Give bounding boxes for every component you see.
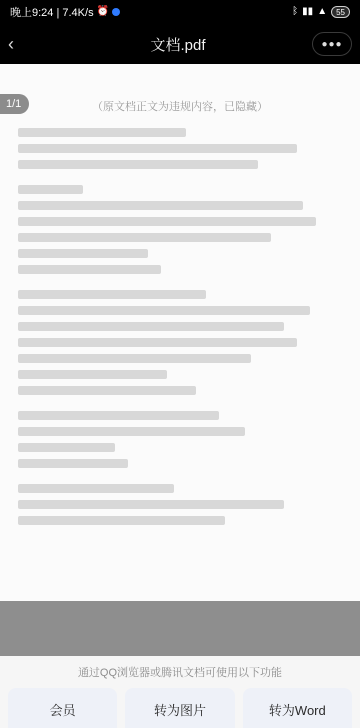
redacted-line xyxy=(18,233,271,242)
redacted-line xyxy=(18,516,225,525)
redacted-line xyxy=(18,459,128,468)
redacted-line xyxy=(18,354,251,363)
redacted-line xyxy=(18,500,284,509)
redacted-paragraph xyxy=(18,185,342,274)
redacted-line xyxy=(18,217,316,226)
redacted-line xyxy=(18,427,245,436)
redacted-paragraph xyxy=(18,484,342,525)
footer-button-会员[interactable]: 会员 xyxy=(8,688,117,728)
status-bar: 晚上9:24 | 7.4K/s ⏰ ᛒ ▮▮ ▲ 55 xyxy=(0,0,360,24)
footer-button-row: 会员转为图片转为Word xyxy=(8,688,352,728)
redacted-line xyxy=(18,144,297,153)
redacted-line xyxy=(18,306,310,315)
document-scroll-area[interactable]: 1/1 （原文档正文为违规内容，已隐藏） xyxy=(0,64,360,656)
redacted-line xyxy=(18,249,148,258)
back-button[interactable]: ‹ xyxy=(8,34,44,55)
redacted-line xyxy=(18,185,83,194)
redacted-paragraph xyxy=(18,290,342,395)
page-indicator-badge: 1/1 xyxy=(0,94,29,114)
footer-button-转为图片[interactable]: 转为图片 xyxy=(125,688,234,728)
redacted-line xyxy=(18,322,284,331)
notification-dot-icon xyxy=(112,8,120,16)
cell-signal-icon: ▮▮ xyxy=(302,7,313,17)
redacted-line xyxy=(18,411,219,420)
alarm-icon: ⏰ xyxy=(97,7,109,17)
redacted-content-notice: （原文档正文为违规内容，已隐藏） xyxy=(18,98,342,114)
footer-button-转为Word[interactable]: 转为Word xyxy=(243,688,352,728)
document-title: 文档.pdf xyxy=(44,34,312,55)
battery-icon: 55 xyxy=(331,6,350,18)
bluetooth-icon: ᛒ xyxy=(292,7,298,17)
redacted-content xyxy=(18,128,342,525)
redacted-paragraph xyxy=(18,411,342,468)
redacted-line xyxy=(18,201,303,210)
redacted-line xyxy=(18,290,206,299)
redacted-line xyxy=(18,370,167,379)
redacted-line xyxy=(18,160,258,169)
redacted-paragraph xyxy=(18,128,342,169)
footer-notice: 通过QQ浏览器或腾讯文档可使用以下功能 xyxy=(8,664,352,680)
pdf-viewer-header: ‹ 文档.pdf ●●● xyxy=(0,24,360,64)
redacted-line xyxy=(18,338,297,347)
phone-screen: 晚上9:24 | 7.4K/s ⏰ ᛒ ▮▮ ▲ 55 ‹ 文档.pdf ●●●… xyxy=(0,0,360,728)
redacted-line xyxy=(18,386,196,395)
pdf-page: 1/1 （原文档正文为违规内容，已隐藏） xyxy=(0,64,360,601)
redacted-line xyxy=(18,128,186,137)
redacted-line xyxy=(18,484,174,493)
redacted-line xyxy=(18,265,161,274)
more-menu-button[interactable]: ●●● xyxy=(312,32,352,56)
status-time: 晚上9:24 | 7.4K/s xyxy=(10,4,94,20)
wifi-icon: ▲ xyxy=(317,7,327,17)
redacted-line xyxy=(18,443,115,452)
qq-browser-footer: 通过QQ浏览器或腾讯文档可使用以下功能 会员转为图片转为Word xyxy=(0,656,360,728)
